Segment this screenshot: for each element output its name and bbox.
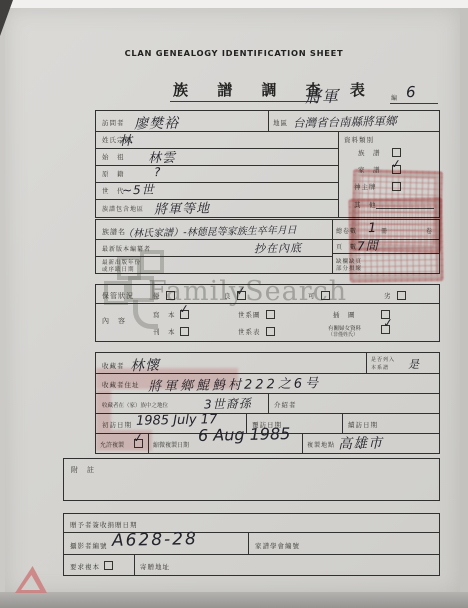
content-manuscript-checkmark: ✓: [178, 302, 189, 317]
interviewer-label: 訪問者: [102, 118, 125, 127]
scan-edge-bottom: [0, 592, 468, 608]
coverage-value: 將軍等地: [154, 197, 210, 217]
number-label: 編: [391, 93, 398, 102]
keep-label: 保管狀況: [102, 291, 134, 301]
surname-value: 林: [119, 130, 133, 149]
content-women-data-checkmark: ✓: [382, 316, 393, 331]
generations-value: ~5世: [122, 181, 155, 199]
genealogy-name-value: （林氏家譜）-林德昆等家族生卒年月日: [123, 221, 297, 240]
photographer-number-label: 攝影者編號: [70, 541, 108, 550]
collector-position-value: 3世裔孫: [204, 395, 252, 413]
keep-fair-checkbox: [321, 291, 330, 300]
microfilm-date-value: 6 Aug 1985: [198, 424, 291, 445]
content-manuscript-label: 寫 本: [153, 310, 176, 319]
pink-stamp-remnant: [96, 368, 238, 389]
society-number-label: 家譜學會編號: [255, 541, 300, 550]
collector-position-label: 收藏者在（家）族中之地位: [102, 401, 168, 409]
scanned-sheet: FamilySearch CLAN GENEALOGY IDENTIFICATI…: [0, 0, 468, 608]
notes-label: 附 註: [71, 465, 95, 475]
photographer-number-value: A628-28: [112, 529, 198, 551]
number-underline: [390, 103, 438, 104]
third-visit-label: 續訪日期: [348, 420, 378, 429]
title-underline: [170, 101, 318, 102]
origin-value: ?: [154, 165, 162, 179]
red-seal-stamp: [348, 197, 443, 283]
content-pedigree-chart-label: 世系圖: [238, 310, 261, 319]
compiler-label: 最新版本編纂者: [102, 244, 151, 253]
listed-value: 是: [408, 356, 420, 372]
number-handwritten: 6: [406, 83, 417, 101]
first-ancestor-label: 始 祖: [102, 152, 125, 161]
content-printed-checkbox: [180, 327, 189, 336]
condition-table: 保管狀況 優 良 ✓ 可 劣 內 容 寫 本 ✓ 世系圖 插 圖 刊 本 世系表…: [95, 284, 440, 342]
first-ancestor-value: 林雲: [148, 147, 176, 167]
content-printed-label: 刊 本: [153, 327, 176, 336]
content-pedigree-table-checkbox: [266, 327, 275, 336]
content-pedigree-table-label: 世系表: [238, 327, 261, 336]
content-illustration-label: 插 圖: [333, 310, 356, 319]
notes-table: 附 註: [63, 458, 440, 501]
category-option-zupu: 族 譜: [358, 148, 381, 157]
coverage-label: 族譜包含地區: [102, 204, 144, 213]
content-pedigree-chart-checkbox: [266, 310, 275, 319]
scan-edge-top: [0, 0, 468, 8]
pink-stamp-remnant: [96, 430, 152, 451]
keep-fair-label: 可: [308, 291, 316, 300]
form-title: 族 譜 調 查 表: [173, 79, 377, 100]
keep-excellent-checkbox: [166, 291, 175, 300]
microfilm-date-label: 縮微複製日期: [153, 440, 189, 449]
keep-good-checkmark: ✓: [235, 284, 246, 299]
keep-poor-label: 劣: [384, 291, 392, 300]
preface-date-label: 或序跋日期: [102, 265, 135, 273]
interviewer-value: 廖樊裕: [134, 113, 179, 134]
locality-handwritten: 將軍: [305, 84, 339, 108]
request-copy-label: 要求複本: [70, 562, 100, 571]
content-women-data-sublabel: （非僅姓氏）: [328, 331, 358, 338]
sheet-title: CLAN GENEALOGY IDENTIFICATION SHEET: [0, 48, 468, 58]
copy-place-value: 高雄市: [338, 433, 383, 454]
mail-address-label: 寄贈地址: [140, 562, 170, 571]
listed-label-line1: 是否列入: [371, 356, 395, 363]
request-copy-checkbox: [104, 561, 113, 570]
area-label: 地區: [273, 118, 288, 127]
origin-label: 原 籍: [102, 169, 125, 178]
genealogy-name-value-line2: 抄在內底: [254, 239, 302, 256]
footer-table: 贈予者簽收捐贈日期 攝影者編號 A628-28 家譜學會編號 要求複本 寄贈地址: [63, 513, 440, 576]
copy-place-label: 複製地點: [307, 440, 335, 449]
keep-good-label: 良: [224, 291, 232, 300]
donor-receipt-label: 贈予者簽收捐贈日期: [70, 520, 138, 529]
introducer-label: 介紹者: [274, 400, 297, 409]
keep-poor-checkbox: [397, 291, 406, 300]
keep-excellent-label: 優: [153, 291, 161, 300]
scan-edge-right: [460, 8, 468, 592]
listed-label-line2: 本系譜: [371, 364, 389, 371]
pink-stamp-remnant: [96, 390, 111, 430]
category-label: 資料類別: [344, 135, 374, 144]
content-label: 內 容: [102, 316, 126, 326]
area-value: 台灣省台南縣將軍鄉: [293, 113, 397, 131]
